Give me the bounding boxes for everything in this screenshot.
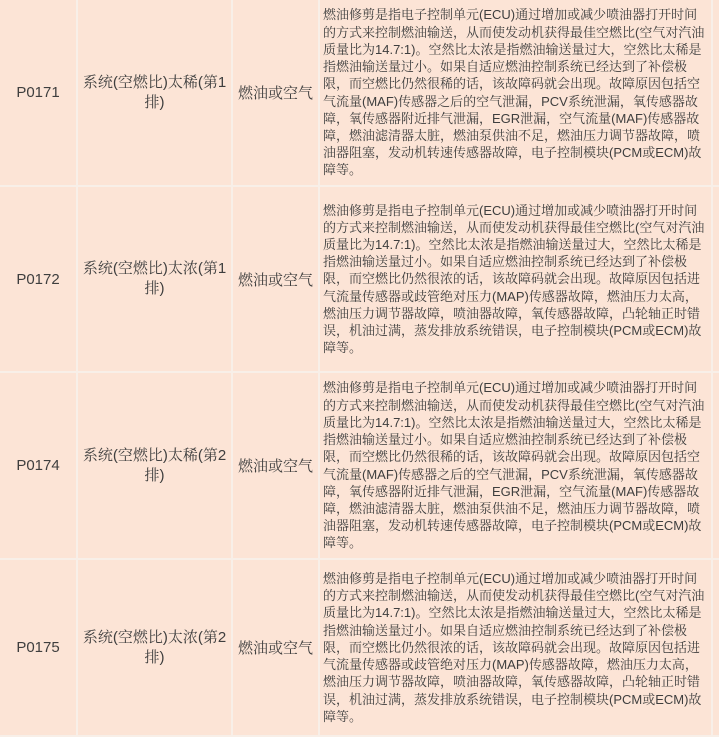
fault-description: 系统(空燃比)太浓(第2排) bbox=[78, 560, 233, 735]
dtc-code: P0174 bbox=[0, 373, 78, 558]
table-row: P0171 系统(空燃比)太稀(第1排) 燃油或空气 燃油修剪是指电子控制单元(… bbox=[0, 0, 719, 187]
fault-detail: 燃油修剪是指电子控制单元(ECU)通过增加或减少喷油器打开时间的方式来控制燃油输… bbox=[320, 0, 713, 185]
table-edge-sliver bbox=[713, 187, 719, 371]
table-row: P0175 系统(空燃比)太浓(第2排) 燃油或空气 燃油修剪是指电子控制单元(… bbox=[0, 560, 719, 737]
fault-category: 燃油或空气 bbox=[233, 187, 320, 371]
fault-description: 系统(空燃比)太浓(第1排) bbox=[78, 187, 233, 371]
dtc-code-table: P0171 系统(空燃比)太稀(第1排) 燃油或空气 燃油修剪是指电子控制单元(… bbox=[0, 0, 719, 737]
fault-category: 燃油或空气 bbox=[233, 560, 320, 735]
dtc-code: P0171 bbox=[0, 0, 78, 185]
dtc-code: P0172 bbox=[0, 187, 78, 371]
fault-description: 系统(空燃比)太稀(第2排) bbox=[78, 373, 233, 558]
fault-category: 燃油或空气 bbox=[233, 0, 320, 185]
fault-description: 系统(空燃比)太稀(第1排) bbox=[78, 0, 233, 185]
table-row: P0172 系统(空燃比)太浓(第1排) 燃油或空气 燃油修剪是指电子控制单元(… bbox=[0, 187, 719, 373]
fault-detail: 燃油修剪是指电子控制单元(ECU)通过增加或减少喷油器打开时间的方式来控制燃油输… bbox=[320, 373, 713, 558]
table-edge-sliver bbox=[713, 0, 719, 185]
fault-category: 燃油或空气 bbox=[233, 373, 320, 558]
table-edge-sliver bbox=[713, 560, 719, 735]
fault-detail: 燃油修剪是指电子控制单元(ECU)通过增加或减少喷油器打开时间的方式来控制燃油输… bbox=[320, 560, 713, 735]
fault-detail: 燃油修剪是指电子控制单元(ECU)通过增加或减少喷油器打开时间的方式来控制燃油输… bbox=[320, 187, 713, 371]
table-edge-sliver bbox=[713, 373, 719, 558]
dtc-code: P0175 bbox=[0, 560, 78, 735]
table-row: P0174 系统(空燃比)太稀(第2排) 燃油或空气 燃油修剪是指电子控制单元(… bbox=[0, 373, 719, 560]
